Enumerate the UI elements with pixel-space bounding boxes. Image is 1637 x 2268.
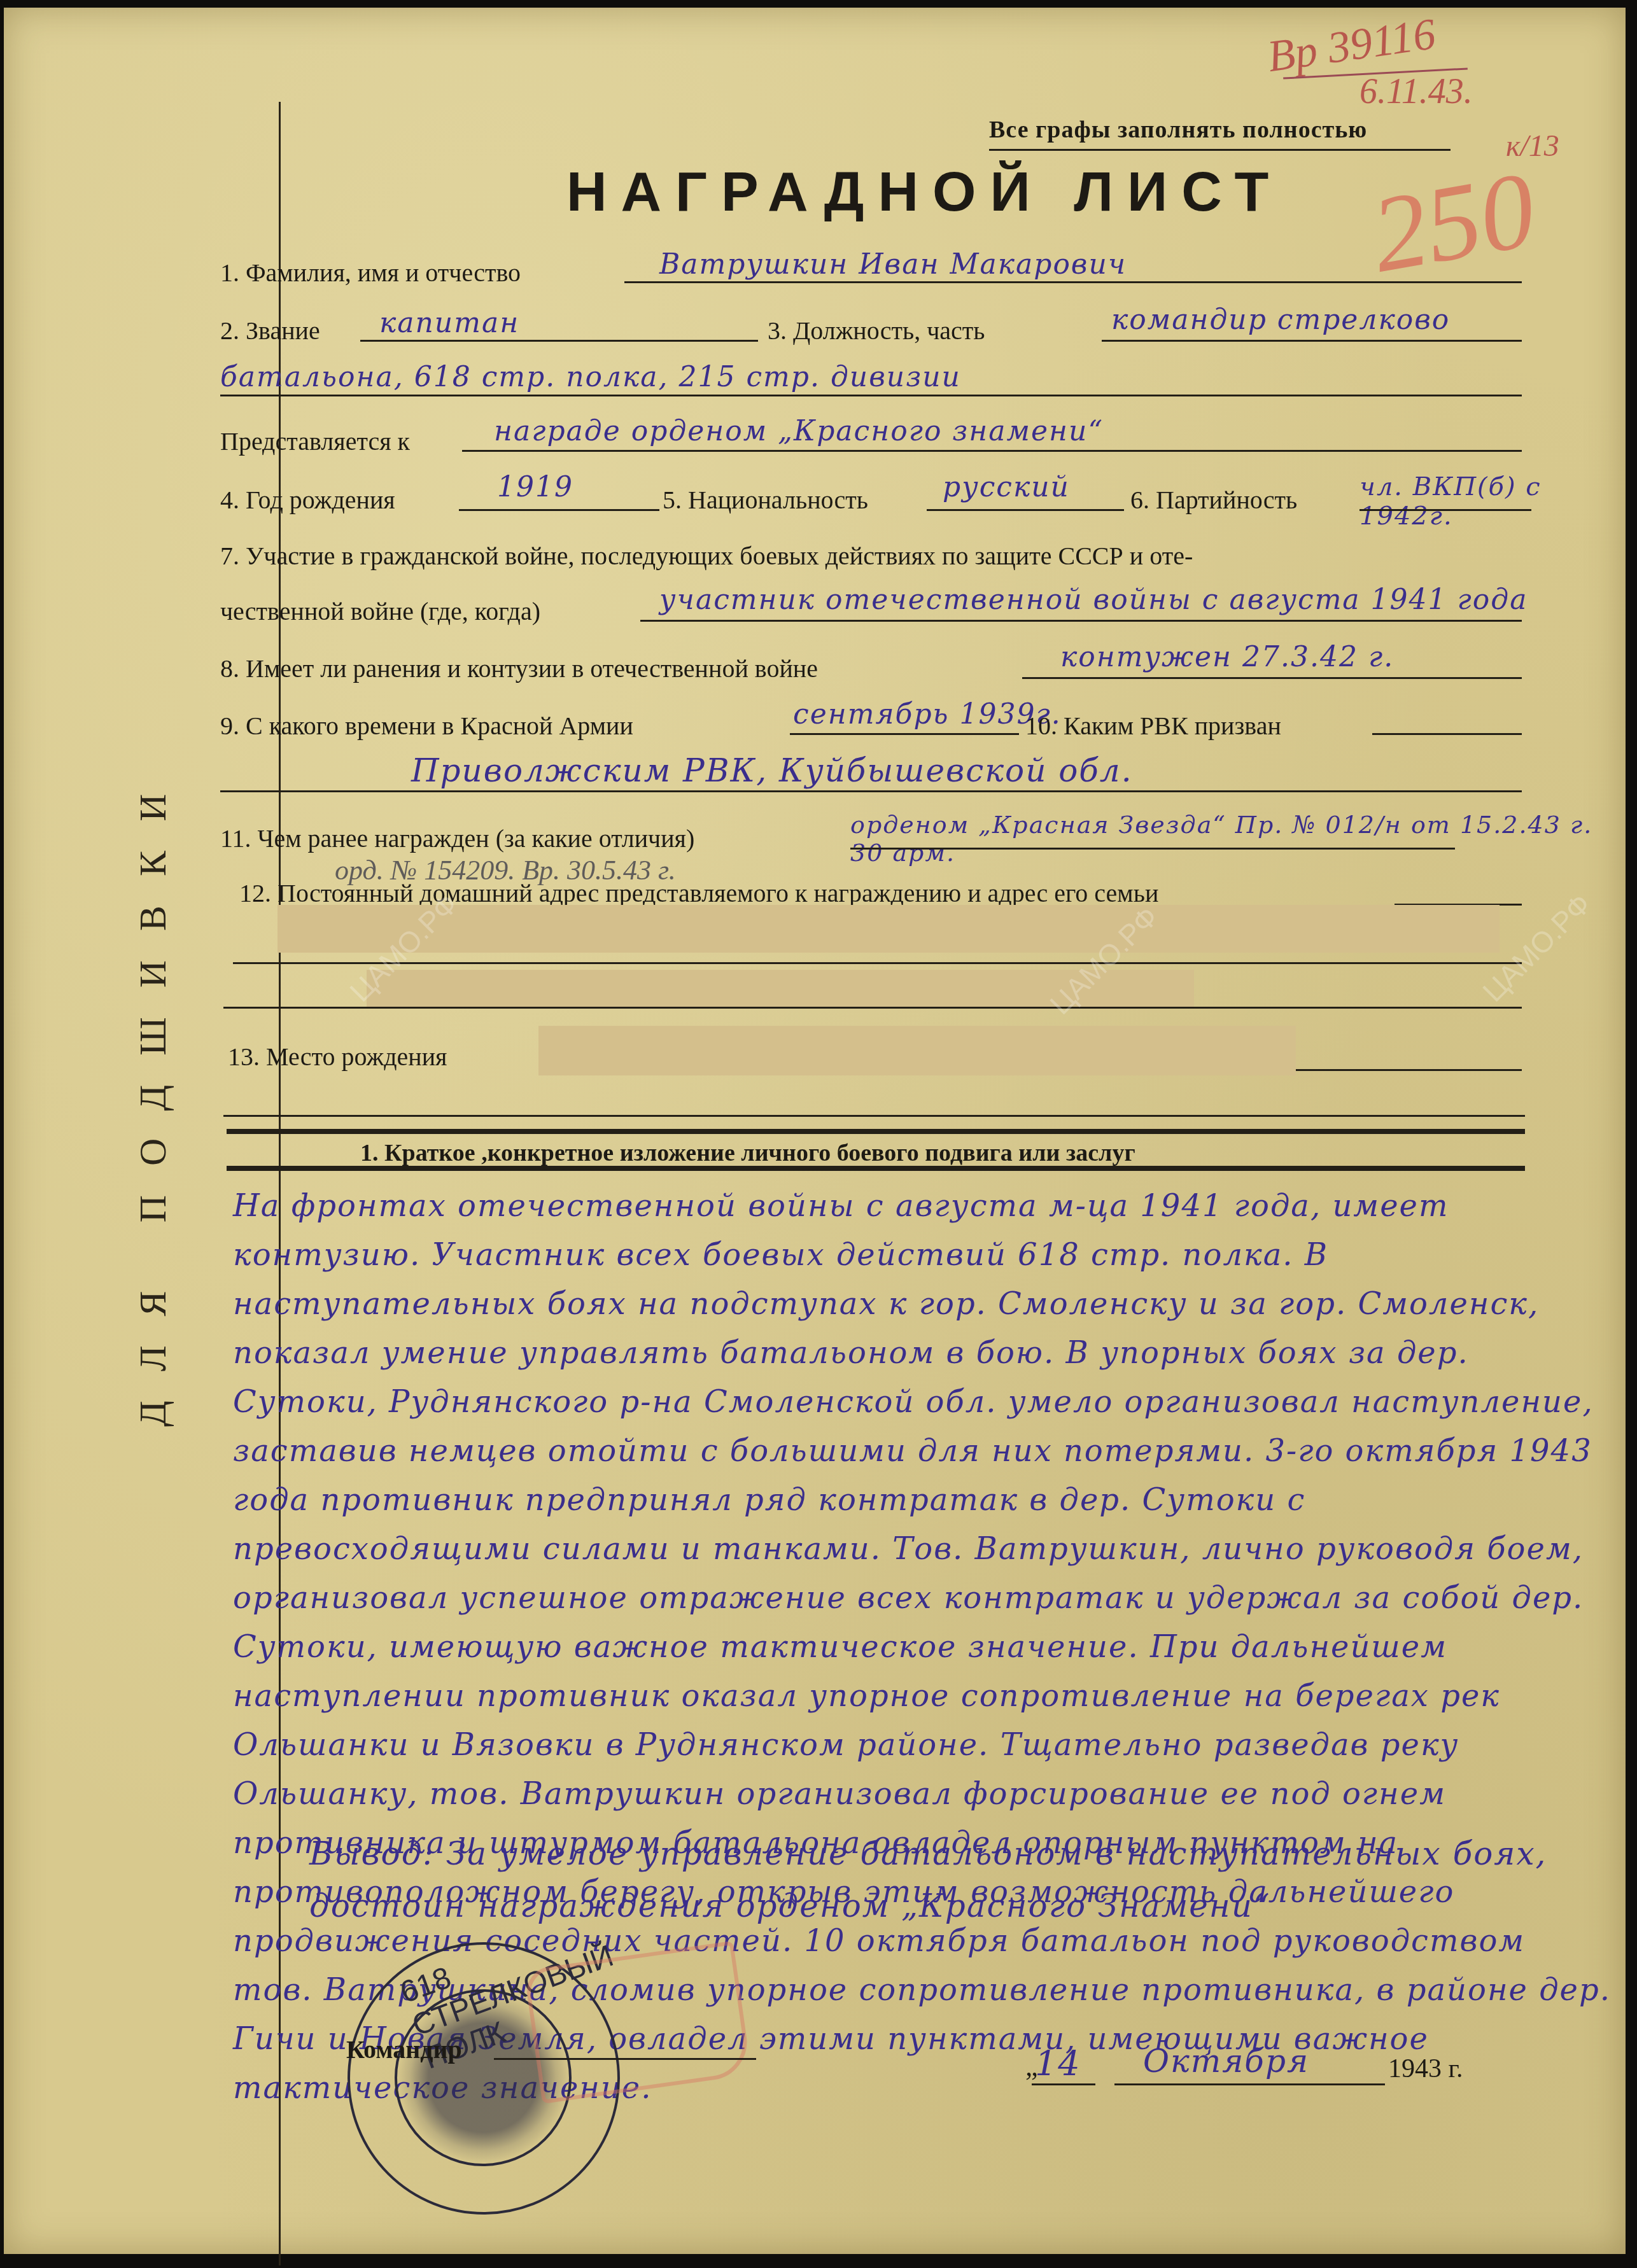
field-10-line-2 <box>220 790 1522 792</box>
field-10-line <box>1372 733 1522 735</box>
field-12-line-3 <box>223 1007 1522 1009</box>
field-10-value: Приволжским РВК, Куйбышевской обл. <box>411 752 1133 789</box>
field-5-line <box>927 509 1124 511</box>
award-label: Представляется к <box>220 426 410 456</box>
field-4-label: 4. Год рождения <box>220 485 395 515</box>
section-top-rule <box>227 1129 1525 1134</box>
field-12-line-2 <box>233 962 1522 964</box>
field-1-value: Ватрушкин Иван Макарович <box>659 248 1127 281</box>
field-3-value-cont: батальона, 618 стр. полка, 215 стр. диви… <box>220 361 961 393</box>
field-5-value: русский <box>943 471 1070 503</box>
instruction-note: Все графы заполнять полностью <box>989 116 1367 144</box>
field-3-label: 3. Должность, часть <box>768 316 985 346</box>
field-13-line-2 <box>223 1115 1525 1117</box>
field-1-label: 1. Фамилия, имя и отчество <box>220 258 521 288</box>
redacted-birthplace <box>538 1026 1296 1075</box>
field-13-label: 13. Место рождения <box>228 1042 447 1072</box>
field-9-value: сентябрь 1939г. <box>793 698 1062 731</box>
field-11-value: орденом „Красная Звезда“ Пр. № 012/н от … <box>850 811 1626 867</box>
field-8-label: 8. Имеет ли ранения и контузии в отечест… <box>220 654 818 683</box>
field-2-line <box>360 340 758 342</box>
field-6-line <box>1359 509 1531 511</box>
conclusion: Вывод: За умелое управление батальоном в… <box>309 1828 1614 1932</box>
field-2-value: капитан <box>379 307 519 339</box>
binding-label: ДЛЯ ПОДШИВКИ <box>131 765 175 1427</box>
field-6-label: 6. Партийность <box>1130 485 1297 515</box>
award-sheet: ДЛЯ ПОДШИВКИ Вр 39116 6.11.43. к/13 250 … <box>4 8 1626 2254</box>
field-9-label: 9. С какого времени в Красной Армии <box>220 711 633 741</box>
date-day-line <box>1032 2083 1095 2085</box>
date-day: 14 <box>1035 2044 1081 2084</box>
field-12-label: 12. Постоянный домашний адрес представля… <box>239 878 1158 908</box>
instruction-underline <box>989 149 1451 151</box>
commander-label: Командир <box>346 2034 462 2064</box>
field-7-value: участник отечественной войны с августа 1… <box>659 584 1528 616</box>
date-month-line <box>1114 2083 1385 2085</box>
field-2-label: 2. Звание <box>220 316 320 346</box>
field-3-line-2 <box>220 395 1522 396</box>
field-7-label: 7. Участие в гражданской войне, последую… <box>220 541 1193 571</box>
commander-signature-line <box>494 2058 756 2060</box>
field-6-value: чл. ВКП(б) с 1942г. <box>1359 472 1626 531</box>
field-11-label: 11. Чем ранее награжден (за какие отличи… <box>220 823 694 853</box>
field-5-label: 5. Национальность <box>663 485 868 515</box>
field-7-label-cont: чественной войне (где, когда) <box>220 596 540 626</box>
field-9-line <box>790 733 1019 735</box>
field-10-label: 10. Каким РВК призван <box>1025 711 1281 741</box>
document-title: НАГРАДНОЙ ЛИСТ <box>566 159 1282 224</box>
award-line <box>462 450 1522 452</box>
field-8-line <box>1022 677 1522 679</box>
field-13-line <box>1296 1069 1522 1071</box>
field-7-line <box>640 620 1522 622</box>
section-heading-rule <box>227 1166 1525 1171</box>
date-month: Октября <box>1143 2043 1309 2080</box>
field-4-line <box>459 509 659 511</box>
field-1-line <box>624 281 1522 283</box>
field-3-value: командир стрелково <box>1111 304 1450 336</box>
field-3-line <box>1102 340 1522 342</box>
field-11-line <box>850 848 1455 850</box>
award-value: награде орденом „Красного знамени“ <box>494 415 1104 447</box>
field-8-value: контужен 27.3.42 г. <box>1060 641 1394 673</box>
field-4-value: 1919 <box>497 471 573 503</box>
section-1-heading: 1. Краткое ,конкретное изложение личного… <box>360 1139 1135 1167</box>
red-pencil-number: 250 <box>1363 147 1544 297</box>
date-year: 1943 г. <box>1388 2054 1463 2084</box>
registry-date: 6.11.43. <box>1359 71 1473 112</box>
